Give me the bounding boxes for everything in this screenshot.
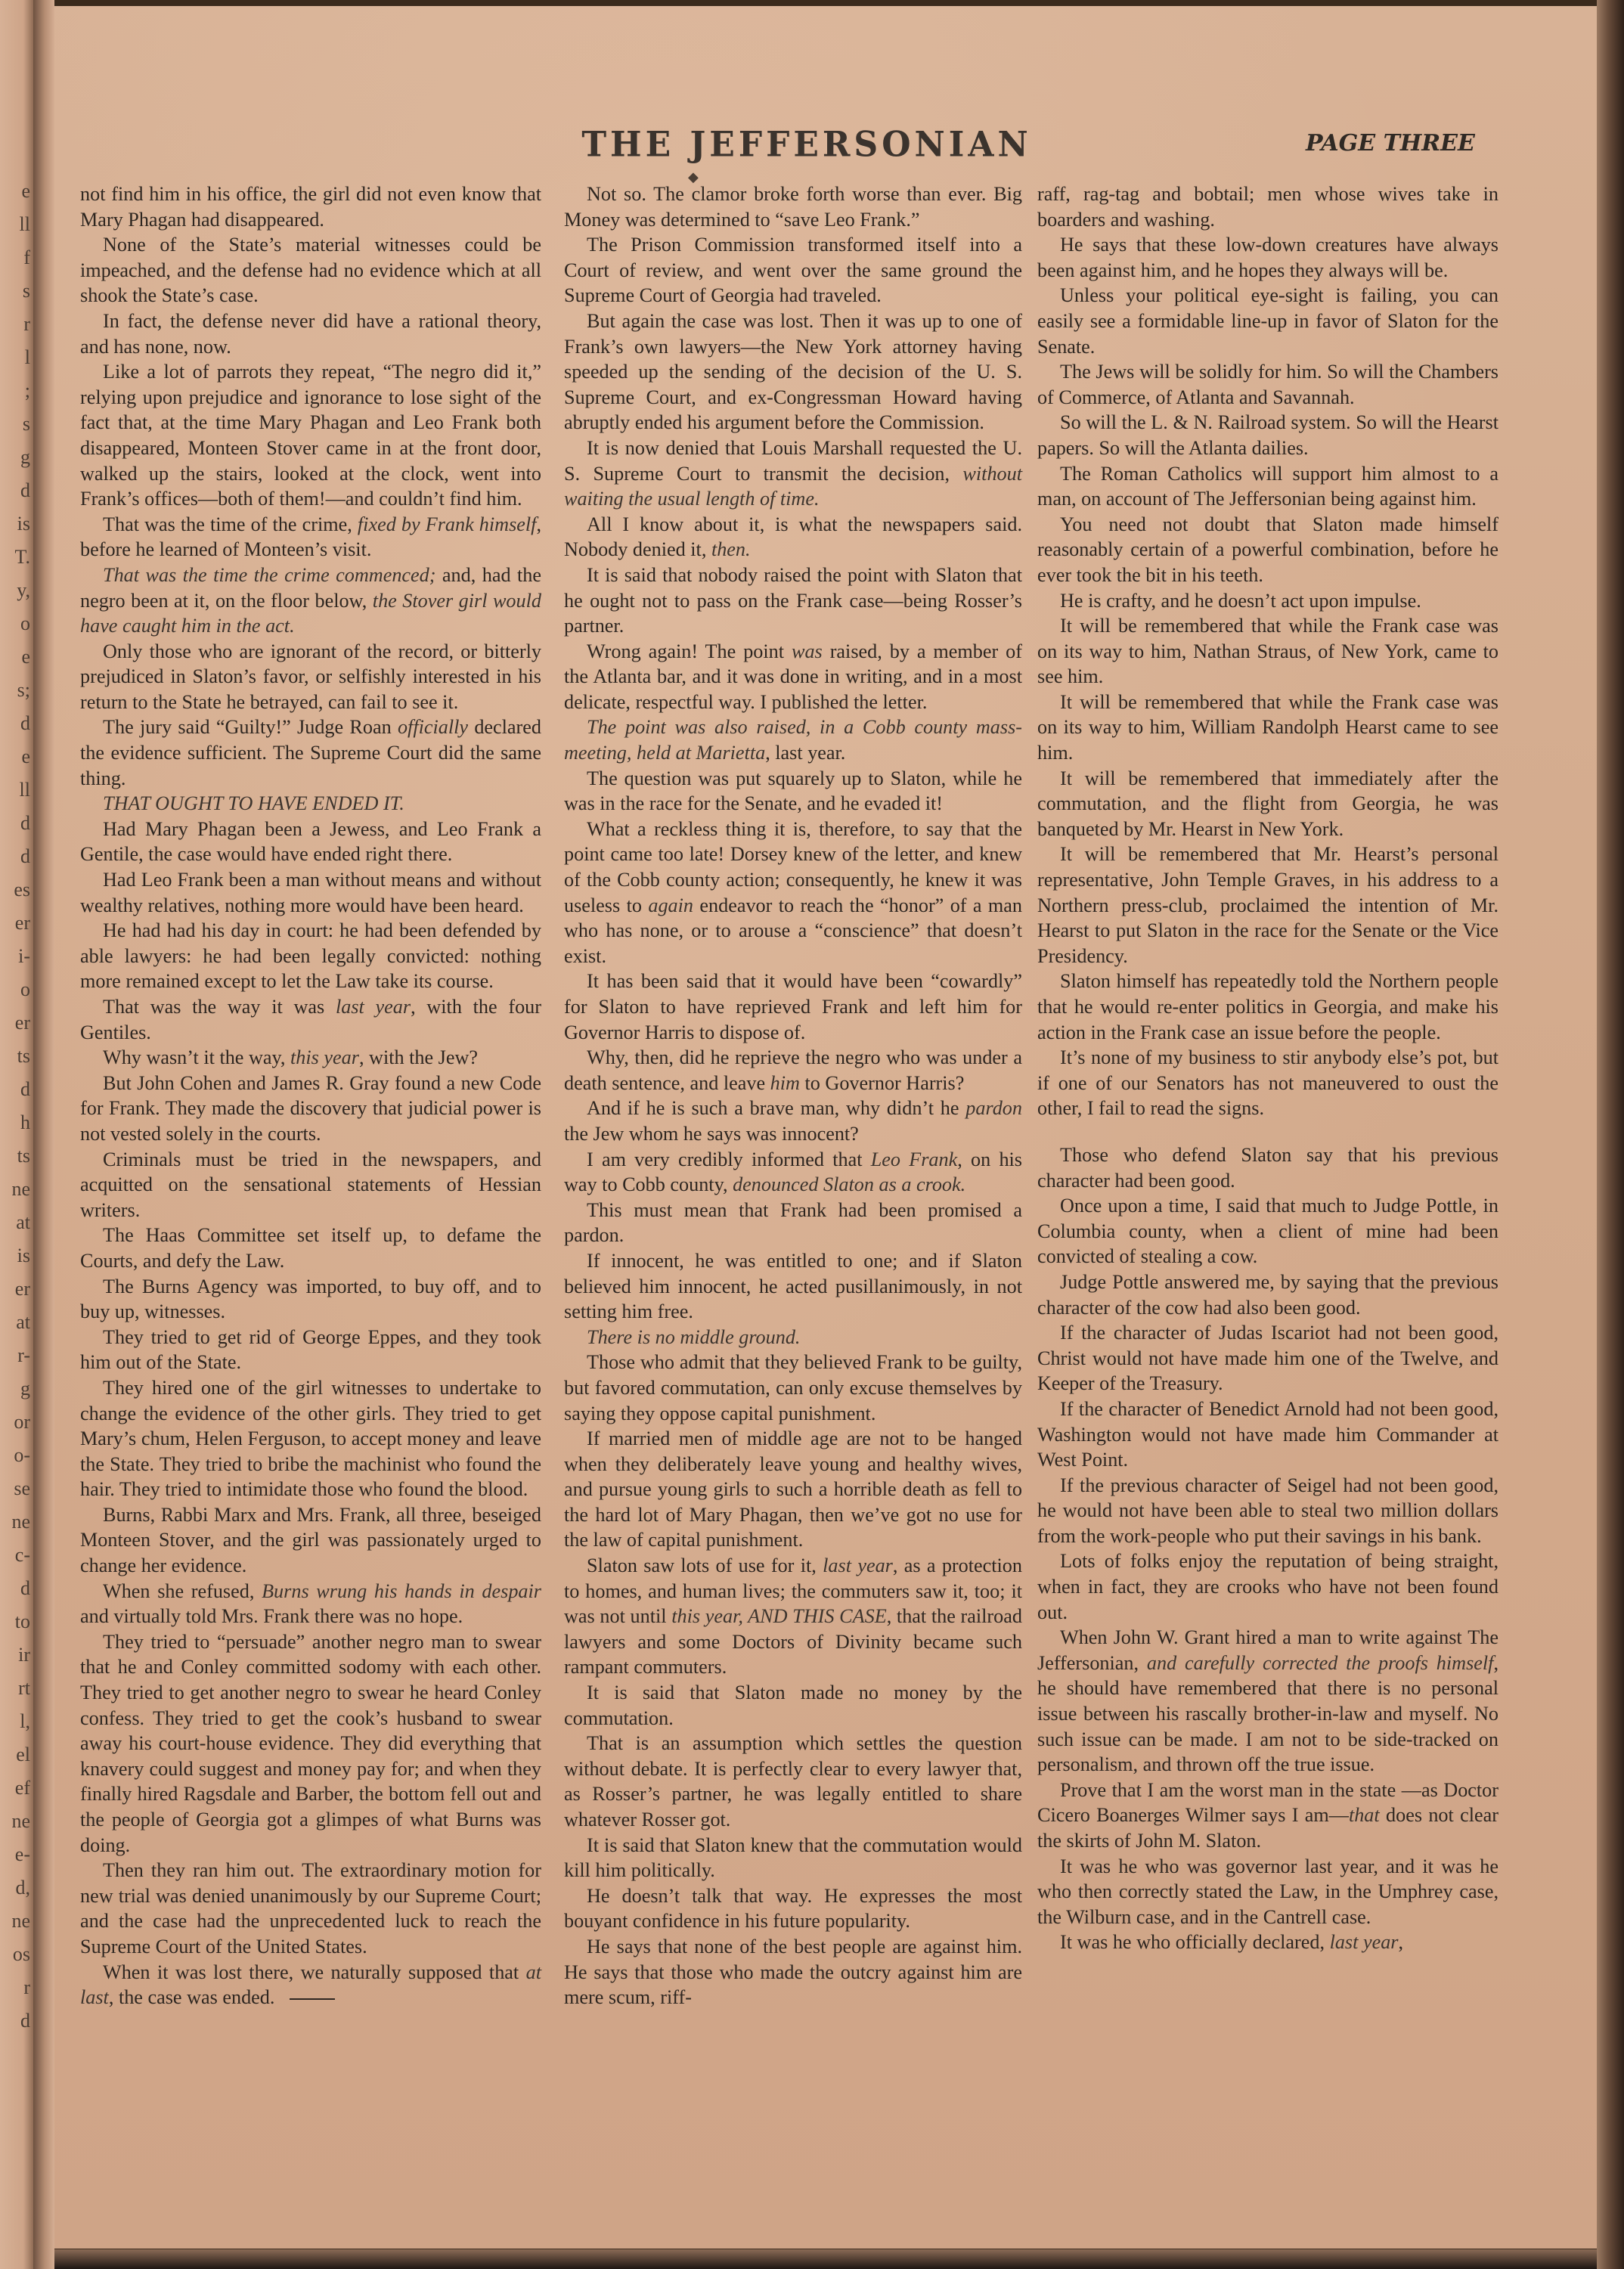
text-run: , (1398, 1931, 1403, 1953)
text-run: The jury said “Guilty!” Judge Roan (103, 716, 398, 738)
cut-off-text-fragment: ts (17, 1146, 30, 1166)
text-run: He had had his day in court: he had been… (80, 919, 541, 992)
text-run: They hired one of the girl witnesses to … (80, 1377, 541, 1500)
text-run: The Jews will be solidly for him. So wil… (1037, 361, 1498, 408)
paragraph: It has been said that it would have been… (564, 969, 1022, 1045)
paragraph: It will be remembered that immediately a… (1037, 766, 1498, 842)
italic-text: again (648, 894, 693, 916)
paragraph: It will be remembered that while the Fra… (1037, 613, 1498, 690)
cut-off-text-fragment: el (16, 1745, 30, 1765)
cut-off-text-fragment: er (15, 1279, 30, 1299)
cut-off-text-fragment: ef (15, 1778, 30, 1798)
paragraph: What a reckless thing it is, therefore, … (564, 817, 1022, 969)
text-run: Like a lot of parrots they repeat, “The … (80, 361, 541, 510)
cut-off-text-fragment: e- (15, 1845, 30, 1864)
text-run: When it was lost there, we naturally sup… (103, 1961, 526, 1983)
text-run: In fact, the defense never did have a ra… (80, 310, 541, 358)
paragraph: The Prison Commission transformed itself… (564, 232, 1022, 308)
paragraph: But John Cohen and James R. Gray found a… (80, 1071, 541, 1147)
text-run: Lots of folks enjoy the reputation of be… (1037, 1550, 1498, 1623)
text-run: Judge Pottle answered me, by saying that… (1037, 1271, 1498, 1319)
paragraph: Those who defend Slaton say that his pre… (1037, 1142, 1498, 1193)
paragraph: It is said that nobody raised the point … (564, 563, 1022, 639)
text-run: But again the case was lost. Then it was… (564, 310, 1022, 433)
cut-off-text-fragment: T. (15, 547, 30, 567)
cut-off-text-fragment: d (20, 814, 30, 833)
paragraph: That was the time the crime commenced; a… (80, 563, 541, 639)
paragraph: The Jews will be solidly for him. So wil… (1037, 359, 1498, 410)
text-run: , with the Jew? (359, 1046, 478, 1068)
paragraph: Then they ran him out. The extraordinary… (80, 1858, 541, 1959)
cut-off-text-fragment: d, (16, 1878, 31, 1898)
paragraph: not find him in his office, the girl did… (80, 181, 541, 232)
text-run: They tried to “persuade” another negro m… (80, 1631, 541, 1856)
text-run: I am very credibly informed that (587, 1148, 871, 1170)
paragraph: It was he who was governor last year, an… (1037, 1854, 1498, 1930)
article-column-2: Not so. The clamor broke forth worse tha… (564, 181, 1022, 2010)
text-run: Slaton himself has repeatedly told the N… (1037, 970, 1498, 1043)
italic-text: this year (290, 1046, 359, 1068)
text-run: the Jew whom he says was innocent? (564, 1123, 859, 1145)
cut-off-text-fragment: r (23, 315, 30, 334)
paragraph: THAT OUGHT TO HAVE ENDED IT. (80, 791, 541, 817)
italic-text: fixed by Frank himself (358, 513, 537, 535)
text-run: The question was put squarely up to Slat… (564, 767, 1022, 815)
paragraph: And if he is such a brave man, why didn’… (564, 1096, 1022, 1146)
text-run: If married men of middle age are not to … (564, 1427, 1022, 1551)
cut-off-text-fragment: er (15, 913, 30, 933)
cut-off-text-fragment: d (20, 714, 30, 733)
cut-off-text-fragment: i- (18, 947, 30, 966)
text-run: It was he who was governor last year, an… (1037, 1855, 1498, 1928)
cut-off-text-fragment: is (17, 1246, 30, 1266)
paragraph: When it was lost there, we naturally sup… (80, 1960, 541, 2010)
cut-off-text-fragment: o (20, 980, 30, 1000)
paragraph: If the character of Benedict Arnold had … (1037, 1396, 1498, 1473)
text-run: The Burns Agency was imported, to buy of… (80, 1276, 541, 1323)
text-run: He doesn’t talk that way. He expresses t… (564, 1885, 1022, 1933)
text-run: None of the State’s material witnesses c… (80, 234, 541, 306)
publication-title: THE JEFFERSONIAN (527, 125, 1086, 166)
text-run: And if he is such a brave man, why didn’… (587, 1097, 965, 1119)
text-run: It will be remembered that while the Fra… (1037, 615, 1498, 687)
paragraph: Unless your political eye-sight is faili… (1037, 283, 1498, 359)
cut-off-text-fragment: s; (17, 680, 30, 700)
text-run: Then they ran him out. The extraordinary… (80, 1859, 541, 1957)
text-run: not find him in his office, the girl did… (80, 183, 541, 231)
cut-off-text-fragment: e (21, 747, 30, 767)
text-run: If the character of Benedict Arnold had … (1037, 1398, 1498, 1471)
italic-text: Leo Frank (871, 1148, 958, 1170)
cut-off-text-fragment: ll (20, 780, 30, 800)
paragraph: Lots of folks enjoy the reputation of be… (1037, 1548, 1498, 1625)
text-run: Had Leo Frank been a man without means a… (80, 869, 541, 916)
paragraph: None of the State’s material witnesses c… (80, 232, 541, 308)
cut-off-text-fragment: rt (18, 1679, 30, 1698)
text-run: All I know about it, is what the newspap… (564, 513, 1022, 561)
cut-off-text-fragment: d (20, 1080, 30, 1099)
italic-text: last year (1330, 1931, 1399, 1953)
paragraph: So will the L. & N. Railroad system. So … (1037, 410, 1498, 460)
cut-off-text-fragment: s (23, 414, 30, 434)
cut-off-text-fragment: ; (25, 381, 30, 401)
text-run: , last year. (765, 742, 845, 764)
paragraph: He says that none of the best people are… (564, 1934, 1022, 2010)
paragraph: Slaton saw lots of use for it, last year… (564, 1553, 1022, 1680)
paragraph: Criminals must be tried in the newspaper… (80, 1147, 541, 1223)
paragraph: Like a lot of parrots they repeat, “The … (80, 359, 541, 512)
text-run: He is crafty, and he doesn’t act upon im… (1060, 590, 1421, 612)
article-column-3: raff, rag-tag and bobtail; men whose wiv… (1037, 181, 1498, 1955)
text-run: It is said that nobody raised the point … (564, 564, 1022, 637)
text-run: Only those who are ignorant of the recor… (80, 640, 541, 713)
paragraph: If the character of Judas Iscariot had n… (1037, 1320, 1498, 1396)
italic-text: this year, AND THIS CASE (671, 1605, 886, 1627)
italic-text: denounced Slaton as a crook. (733, 1173, 965, 1195)
text-run: Once upon a time, I said that much to Ju… (1037, 1195, 1498, 1267)
masthead: THE JEFFERSONIAN PAGE THREE ◆ (54, 126, 1597, 171)
paragraph: They tried to get rid of George Eppes, a… (80, 1325, 541, 1375)
paragraph: He had had his day in court: he had been… (80, 918, 541, 994)
cut-off-text-fragment: l (25, 348, 30, 367)
cut-off-text-fragment: e (21, 181, 30, 201)
cut-off-text-fragment: l, (20, 1712, 30, 1731)
paragraph: That was the time of the crime, fixed by… (80, 512, 541, 563)
text-run: The Haas Committee set itself up, to def… (80, 1224, 541, 1272)
text-run: Criminals must be tried in the newspaper… (80, 1148, 541, 1221)
cut-off-text-fragment: o- (14, 1446, 30, 1465)
adjacent-page-edge: ellfsrl;sgdisT.y,oes;dellddeseri-oertsdh… (0, 0, 33, 2269)
paragraph: If married men of middle age are not to … (564, 1426, 1022, 1553)
text-run: , the case was ended. (109, 1986, 275, 2008)
paragraph: It is said that Slaton knew that the com… (564, 1833, 1022, 1883)
paragraph: The jury said “Guilty!” Judge Roan offic… (80, 714, 541, 791)
text-run: They tried to get rid of George Eppes, a… (80, 1326, 541, 1374)
paragraph: It’s none of my business to stir anybody… (1037, 1045, 1498, 1121)
text-run: Those who admit that they believed Frank… (564, 1351, 1022, 1424)
cut-off-text-fragment: o (20, 614, 30, 634)
text-run: He says that these low-down creatures ha… (1037, 234, 1498, 281)
page-bottom-edge (54, 2249, 1597, 2269)
paragraph: Not so. The clamor broke forth worse tha… (564, 181, 1022, 232)
paragraph: Wrong again! The point was raised, by a … (564, 639, 1022, 715)
newspaper-page: THE JEFFERSONIAN PAGE THREE ◆ not find h… (54, 6, 1597, 2249)
paragraph: If innocent, he was entitled to one; and… (564, 1248, 1022, 1325)
cut-off-text-fragment: ne (11, 1512, 30, 1532)
text-run: raff, rag-tag and bobtail; men whose wiv… (1037, 183, 1498, 231)
text-run: If the previous character of Seigel had … (1037, 1474, 1498, 1547)
text-run: Unless your political eye-sight is faili… (1037, 284, 1498, 357)
book-binding-edge (1597, 0, 1624, 2269)
text-run: Had Mary Phagan been a Jewess, and Leo F… (80, 818, 541, 866)
cut-off-text-fragment: ts (17, 1046, 30, 1066)
paragraph: All I know about it, is what the newspap… (564, 512, 1022, 563)
text-run: Those who defend Slaton say that his pre… (1037, 1144, 1498, 1192)
paragraph: Had Leo Frank been a man without means a… (80, 867, 541, 918)
paragraph: Why, then, did he reprieve the negro who… (564, 1045, 1022, 1096)
cut-off-text-fragment: y, (17, 581, 30, 600)
text-run: Wrong again! The point (587, 640, 792, 662)
text-run: to Governor Harris? (800, 1072, 964, 1094)
text-run: You need not doubt that Slaton made hims… (1037, 513, 1498, 586)
text-run: It’s none of my business to stir anybody… (1037, 1046, 1498, 1119)
paragraph: I am very credibly informed that Leo Fra… (564, 1147, 1022, 1198)
cut-off-text-fragment: ne (11, 1911, 30, 1931)
paragraph: It is said that Slaton made no money by … (564, 1680, 1022, 1731)
cut-off-text-fragment: h (20, 1113, 30, 1133)
end-rule (290, 1998, 335, 2000)
cut-off-text-fragment: or (14, 1412, 30, 1432)
paragraph: The point was also raised, in a Cobb cou… (564, 714, 1022, 765)
text-run: When she refused, (103, 1580, 262, 1602)
paragraph: This must mean that Frank had been promi… (564, 1198, 1022, 1248)
text-run: That was the way it was (103, 996, 336, 1018)
paragraph: Had Mary Phagan been a Jewess, and Leo F… (80, 817, 541, 867)
cut-off-text-fragment: d (20, 847, 30, 866)
cut-off-text-fragment: es (14, 880, 30, 900)
paragraph: But again the case was lost. Then it was… (564, 308, 1022, 436)
text-run: It will be remembered that immediately a… (1037, 767, 1498, 840)
text-run: It was he who officially declared, (1060, 1931, 1330, 1953)
italic-text: last year (823, 1555, 893, 1576)
paragraph: Prove that I am the worst man in the sta… (1037, 1778, 1498, 1854)
cut-off-text-fragment: e (21, 647, 30, 667)
paragraph: They tried to “persuade” another negro m… (80, 1629, 541, 1858)
paragraph: It will be remembered that while the Fra… (1037, 690, 1498, 766)
paragraph: They hired one of the girl witnesses to … (80, 1375, 541, 1502)
paragraph: In fact, the defense never did have a ra… (80, 308, 541, 359)
cut-off-text-fragment: r- (17, 1346, 30, 1365)
cut-off-text-fragment: ir (18, 1645, 30, 1665)
text-run: The Roman Catholics will support him alm… (1037, 463, 1498, 510)
paragraph: He is crafty, and he doesn’t act upon im… (1037, 588, 1498, 614)
paragraph: There is no middle ground. (564, 1325, 1022, 1350)
paragraph: Slaton himself has repeatedly told the N… (1037, 969, 1498, 1045)
paragraph: That is an assumption which settles the … (564, 1731, 1022, 1832)
paragraph: The Burns Agency was imported, to buy of… (80, 1274, 541, 1325)
paragraph: The Haas Committee set itself up, to def… (80, 1223, 541, 1273)
cut-off-text-fragment: is (17, 514, 30, 534)
italic-text: last year (336, 996, 411, 1018)
paragraph: It will be remembered that Mr. Hearst’s … (1037, 842, 1498, 969)
italic-text: and carefully corrected the proofs himse… (1147, 1652, 1494, 1674)
cut-off-text-fragment: os (13, 1945, 30, 1964)
text-run: It will be remembered that Mr. Hearst’s … (1037, 843, 1498, 966)
cut-off-text-fragment: c- (15, 1545, 30, 1565)
text-run: It is now denied that Louis Marshall req… (564, 437, 1022, 485)
paragraph: You need not doubt that Slaton made hims… (1037, 512, 1498, 588)
text-run: Why wasn’t it the way, (103, 1046, 290, 1068)
italic-text: That was the time the crime commenced; (103, 564, 435, 586)
cut-off-text-fragment: er (15, 1013, 30, 1033)
cut-off-text-fragment: r (23, 1978, 30, 1998)
text-run: It is said that Slaton knew that the com… (564, 1834, 1022, 1882)
text-run: He says that none of the best people are… (564, 1936, 1022, 2008)
cut-off-text-fragment: d (20, 2011, 30, 2031)
paragraph: He says that these low-down creatures ha… (1037, 232, 1498, 283)
text-run: If innocent, he was entitled to one; and… (564, 1250, 1022, 1322)
paragraph: When John W. Grant hired a man to write … (1037, 1625, 1498, 1778)
paragraph: Why wasn’t it the way, this year, with t… (80, 1045, 541, 1071)
text-run: and virtually told Mrs. Frank there was … (80, 1605, 463, 1627)
paragraph: That was the way it was last year, with … (80, 994, 541, 1045)
italic-text: THAT OUGHT TO HAVE ENDED IT. (103, 792, 404, 814)
cut-off-text-fragment: f (23, 248, 30, 268)
cut-off-text-fragment: to (15, 1612, 30, 1632)
text-run: So will the L. & N. Railroad system. So … (1037, 411, 1498, 459)
paragraph: Only those who are ignorant of the recor… (80, 639, 541, 715)
paragraph: The question was put squarely up to Slat… (564, 766, 1022, 817)
text-run: If the character of Judas Iscariot had n… (1037, 1322, 1498, 1394)
article-column-1: not find him in his office, the girl did… (80, 181, 541, 2010)
paragraph: raff, rag-tag and bobtail; men whose wiv… (1037, 181, 1498, 232)
text-run: Burns, Rabbi Marx and Mrs. Frank, all th… (80, 1504, 541, 1576)
book-gutter (33, 0, 54, 2269)
cut-off-text-fragment: se (14, 1479, 30, 1499)
italic-text: that (1349, 1804, 1380, 1826)
text-run: That is an assumption which settles the … (564, 1732, 1022, 1830)
paragraph: Once upon a time, I said that much to Ju… (1037, 1193, 1498, 1269)
italic-text: There is no middle ground. (587, 1326, 800, 1348)
paragraph: He doesn’t talk that way. He expresses t… (564, 1883, 1022, 1934)
paragraph: Judge Pottle answered me, by saying that… (1037, 1269, 1498, 1320)
text-run: It is said that Slaton made no money by … (564, 1682, 1022, 1729)
italic-text: officially (398, 716, 468, 738)
cut-off-text-fragment: ne (11, 1179, 30, 1199)
cut-off-text-fragment: at (16, 1213, 30, 1232)
text-run: The Prison Commission transformed itself… (564, 234, 1022, 306)
cut-off-text-fragment: g (20, 448, 30, 467)
cut-off-text-fragment: g (20, 1379, 30, 1399)
page-number-label: PAGE THREE (1306, 130, 1475, 157)
text-run: That was the time of the crime, (103, 513, 358, 535)
text-run: It has been said that it would have been… (564, 970, 1022, 1043)
paragraph: It was he who officially declared, last … (1037, 1930, 1498, 1955)
cut-off-text-fragment: d (20, 481, 30, 501)
italic-text: Burns wrung his hands in despair (262, 1580, 541, 1602)
cut-off-text-fragment: ll (20, 215, 30, 234)
italic-text: him (770, 1072, 800, 1094)
italic-text: was (792, 640, 823, 662)
paragraph: Burns, Rabbi Marx and Mrs. Frank, all th… (80, 1502, 541, 1579)
text-run: It will be remembered that while the Fra… (1037, 691, 1498, 764)
paragraph: When she refused, Burns wrung his hands … (80, 1579, 541, 1629)
paragraph: Those who admit that they believed Frank… (564, 1350, 1022, 1426)
paragraph: It is now denied that Louis Marshall req… (564, 436, 1022, 512)
text-run: Slaton saw lots of use for it, (587, 1555, 823, 1576)
text-run: This must mean that Frank had been promi… (564, 1199, 1022, 1247)
cut-off-text-fragment: at (16, 1313, 30, 1332)
italic-text: then. (711, 538, 751, 560)
cut-off-text-fragment: d (20, 1579, 30, 1598)
text-run: But John Cohen and James R. Gray found a… (80, 1072, 541, 1145)
paragraph: If the previous character of Seigel had … (1037, 1473, 1498, 1549)
text-run: Not so. The clamor broke forth worse tha… (564, 183, 1022, 231)
paragraph: The Roman Catholics will support him alm… (1037, 461, 1498, 512)
cut-off-text-fragment: ne (11, 1812, 30, 1831)
italic-text: pardon (965, 1097, 1022, 1119)
cut-off-text-fragment: s (23, 281, 30, 301)
